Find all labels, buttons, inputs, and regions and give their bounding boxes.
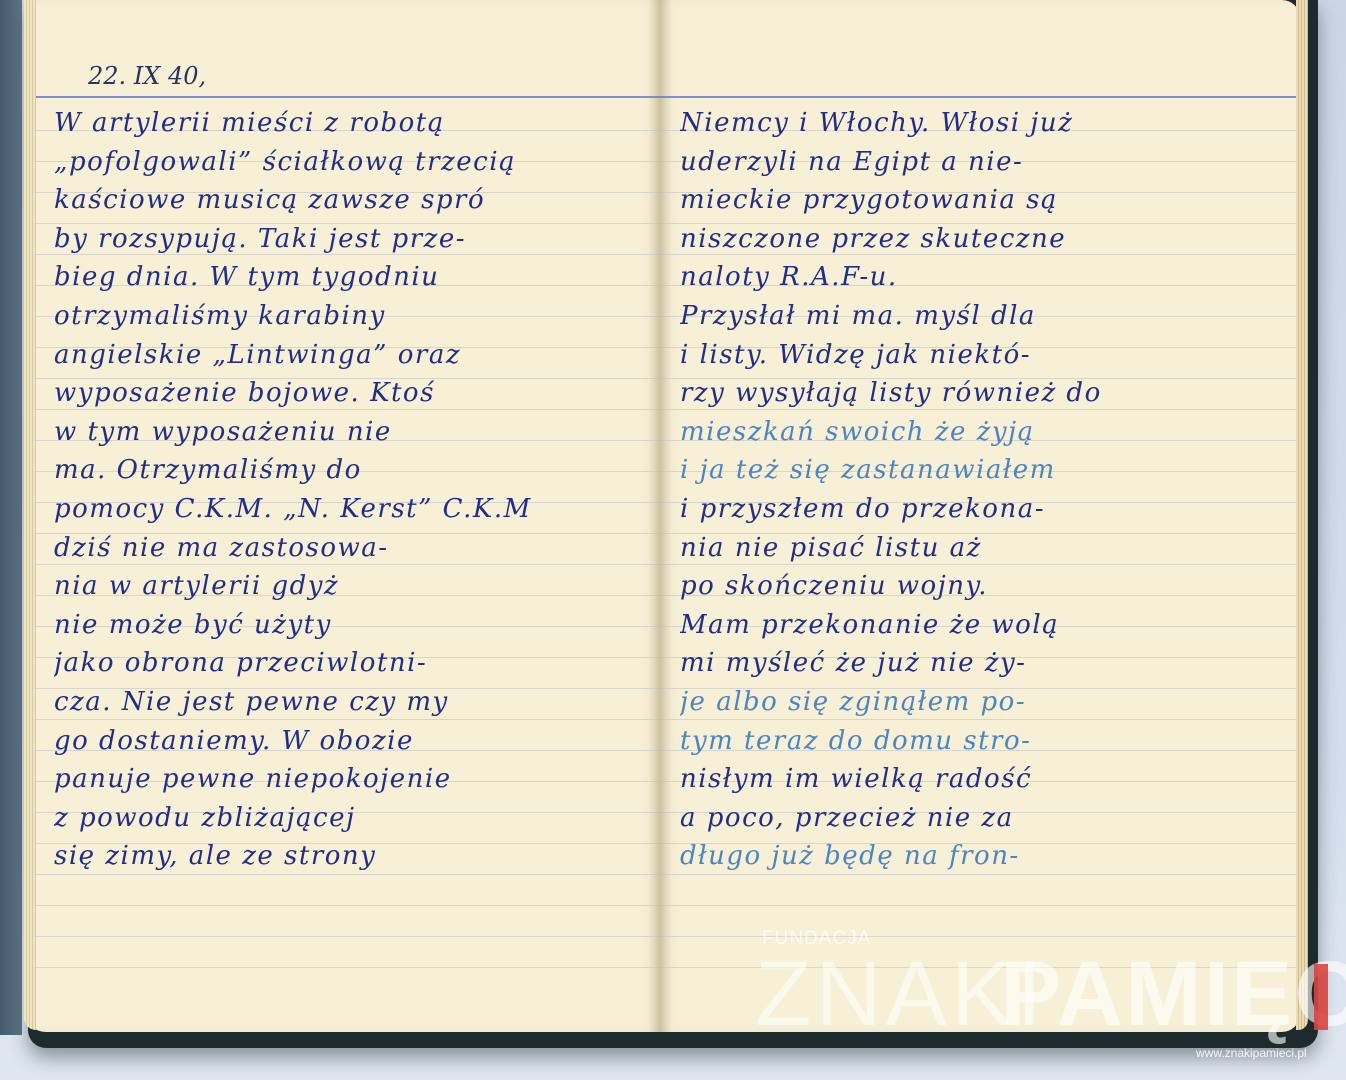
handwritten-line: nia w artylerii gdyż xyxy=(54,567,642,606)
handwritten-line: pomocy C.K.M. „N. Kerst” C.K.M xyxy=(54,490,642,529)
entry-date: 22. IX 40, xyxy=(88,62,206,90)
notebook-spine-edge xyxy=(0,0,22,1035)
handwritten-line: i ja też się zastanawiałem xyxy=(680,451,1276,490)
left-page: 22. IX 40, W artylerii mieści z robotą „… xyxy=(24,0,660,1032)
handwritten-line: niszczone przez skuteczne xyxy=(680,220,1276,259)
book-gutter xyxy=(648,0,672,1032)
handwritten-line: bieg dnia. W tym tygodniu xyxy=(54,258,642,297)
handwritten-line: angielskie „Lintwinga” oraz xyxy=(54,336,642,375)
handwritten-line: a poco, przecież nie za xyxy=(680,799,1276,838)
header-rule xyxy=(24,96,660,98)
watermark-url: www.znakipamieci.pl xyxy=(1196,1046,1307,1060)
handwritten-line: mieckie przygotowania są xyxy=(680,181,1276,220)
handwritten-line: cza. Nie jest pewne czy my xyxy=(54,683,642,722)
handwritten-line: je albo się zginąłem po- xyxy=(680,683,1276,722)
handwritten-line: dziś nie ma zastosowa- xyxy=(54,529,642,568)
page-edges xyxy=(1296,0,1308,1030)
handwritten-line: by rozsypują. Taki jest prze- xyxy=(54,220,642,259)
handwritten-line: rzy wysyłają listy również do xyxy=(680,374,1276,413)
right-page-text: Niemcy i Włochy. Włosi już uderzyli na E… xyxy=(680,104,1276,876)
handwritten-line: panuje pewne niepokojenie xyxy=(54,760,642,799)
handwritten-line: „pofolgowali” ściałkową trzecią xyxy=(54,143,642,182)
handwritten-line: i przyszłem do przekona- xyxy=(680,490,1276,529)
handwritten-line: naloty R.A.F-u. xyxy=(680,258,1276,297)
handwritten-line: z powodu zbliżającej xyxy=(54,799,642,838)
handwritten-line: nisłym im wielką radość xyxy=(680,760,1276,799)
handwritten-line: się zimy, ale ze strony xyxy=(54,837,642,876)
handwritten-line: otrzymaliśmy karabiny xyxy=(54,297,642,336)
handwritten-line: kaściowe musicą zawsze spró xyxy=(54,181,642,220)
handwritten-line: Przysłał mi ma. myśl dla xyxy=(680,297,1276,336)
handwritten-line: uderzyli na Egipt a nie- xyxy=(680,143,1276,182)
handwritten-line: nie może być użyty xyxy=(54,606,642,645)
handwritten-line: mi myśleć że już nie ży- xyxy=(680,644,1276,683)
page-edges xyxy=(24,0,36,1030)
handwritten-line: w tym wyposażeniu nie xyxy=(54,413,642,452)
handwritten-line: nia nie pisać listu aż xyxy=(680,529,1276,568)
handwritten-line: Niemcy i Włochy. Włosi już xyxy=(680,104,1276,143)
handwritten-line: ma. Otrzymaliśmy do xyxy=(54,451,642,490)
right-page: Niemcy i Włochy. Włosi już uderzyli na E… xyxy=(660,0,1300,1032)
handwritten-line: po skończeniu wojny. xyxy=(680,567,1276,606)
handwritten-line: wyposażenie bojowe. Ktoś xyxy=(54,374,642,413)
header-rule xyxy=(660,96,1300,98)
handwritten-line: go dostaniemy. W obozie xyxy=(54,722,642,761)
handwritten-line: mieszkań swoich że żyją xyxy=(680,413,1276,452)
handwritten-line: i listy. Widzę jak niektó- xyxy=(680,336,1276,375)
handwritten-line: jako obrona przeciwlotni- xyxy=(54,644,642,683)
left-page-text: W artylerii mieści z robotą „pofolgowali… xyxy=(54,104,642,876)
handwritten-line: tym teraz do domu stro- xyxy=(680,722,1276,761)
handwritten-line: długo już będę na fron- xyxy=(680,837,1276,876)
handwritten-line: Mam przekonanie że wolą xyxy=(680,606,1276,645)
handwritten-line: W artylerii mieści z robotą xyxy=(54,104,642,143)
